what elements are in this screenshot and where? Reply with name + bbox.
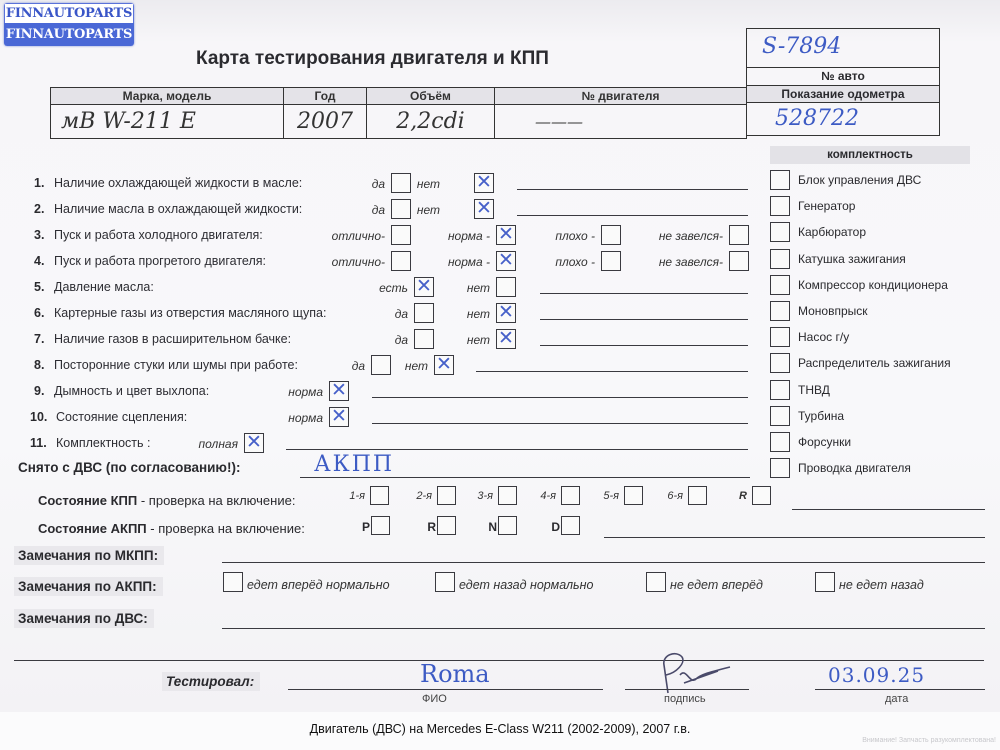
question-label: Картерные газы из отверстия масляного щу… [54,306,326,320]
odometer-value: 528722 [746,102,940,136]
option-label: полная [199,437,238,451]
gear-checkbox[interactable] [752,486,771,505]
completeness-checkbox[interactable] [770,406,790,426]
signature-line [625,689,749,690]
gear-checkbox[interactable] [371,516,390,535]
completeness-item-label: Блок управления ДВС [798,173,921,187]
comment-line[interactable] [540,345,748,346]
option-checkbox[interactable]: ✕ [329,381,349,401]
gear-label: 1-я [349,490,365,502]
option-checkbox[interactable]: ✕ [496,225,516,245]
completeness-checkbox[interactable] [770,432,790,452]
removed-value: АКПП [314,452,394,477]
gear-checkbox[interactable] [688,486,707,505]
question-number: 7. [34,332,44,346]
option-checkbox[interactable]: ✕ [329,407,349,427]
option-checkbox[interactable]: ✕ [496,303,516,323]
watermark: Внимание! Запчасть разукомплектована! [862,737,996,744]
gear-checkbox[interactable] [370,486,389,505]
completeness-checkbox[interactable] [770,380,790,400]
completeness-checkbox[interactable] [770,353,790,373]
test-date: 03.09.25 [828,663,925,687]
option-label: норма - [448,229,490,243]
option-checkbox[interactable] [371,355,391,375]
scanned-form: FINNAUTOPARTS FINNAUTOPARTS Карта тестир… [0,0,1000,712]
option-label: плохо - [555,229,595,243]
question-label: Комплектность : [56,436,150,450]
check-mark-icon: ✕ [475,196,493,220]
question-label: Наличие масла в охлаждающей жидкости: [54,202,302,216]
gear-label: P [362,520,370,534]
option-label: да [352,359,365,373]
remark-option-checkbox[interactable] [815,572,835,592]
remark-option-label: едет назад нормально [459,578,593,592]
check-mark-icon: ✕ [497,248,515,272]
tested-by-label: Тестировал: [162,672,260,691]
completeness-checkbox[interactable] [770,249,790,269]
option-label: норма [288,385,323,399]
question-number: 5. [34,280,44,294]
option-checkbox[interactable] [414,329,434,349]
option-label: не завелся- [659,255,723,269]
option-label: нет [417,177,440,191]
completeness-checkbox[interactable] [770,170,790,190]
auto-number-value: S-7894 [746,28,940,67]
option-checkbox[interactable]: ✕ [474,199,494,219]
question-label: Пуск и работа прогретого двигателя: [54,254,266,268]
question-number: 6. [34,306,44,320]
removed-label: Снято с ДВС (по согласованию!): [18,460,240,475]
completeness-checkbox[interactable] [770,275,790,295]
name-line [288,689,603,690]
option-label: плохо - [555,255,595,269]
remark-option-checkbox[interactable] [646,572,666,592]
signature-caption: подпись [664,693,706,705]
completeness-title: комплектность [770,146,970,164]
question-label: Наличие газов в расширительном бачке: [54,332,291,346]
completeness-item-label: Моновпрыск [798,304,868,318]
question-number: 8. [34,358,44,372]
completeness-checkbox[interactable] [770,196,790,216]
option-checkbox[interactable] [729,251,749,271]
gear-label: 2-я [416,490,432,502]
completeness-checkbox[interactable] [770,301,790,321]
question-label: Посторонние стуки или шумы при работе: [54,358,298,372]
comment-line[interactable] [372,397,748,398]
odometer-label: Показание одометра [746,85,940,102]
remark-option-label: не едет вперёд [670,578,763,592]
form-title: Карта тестирования двигателя и КПП [196,48,549,70]
auto-gearbox-label: Состояние АКПП - проверка на включение: [38,521,305,536]
option-checkbox[interactable] [391,225,411,245]
signature [640,645,750,700]
gear-checkbox[interactable] [437,486,456,505]
year-value: 2007 [284,105,367,139]
option-checkbox[interactable] [414,303,434,323]
check-mark-icon: ✕ [497,326,515,350]
question-number: 1. [34,176,44,190]
option-checkbox[interactable]: ✕ [414,277,434,297]
question-number: 11. [30,436,47,450]
comment-line[interactable] [286,449,748,450]
question-label: Состояние сцепления: [56,410,187,424]
option-checkbox[interactable]: ✕ [474,173,494,193]
remark-option-label: едет вперёд нормально [247,578,390,592]
finnautoparts-logo: FINNAUTOPARTS FINNAUTOPARTS [4,3,134,46]
option-label: да [395,333,408,347]
question-number: 3. [34,228,44,242]
completeness-item-label: Распределитель зажигания [798,356,951,370]
completeness-item-label: Генератор [798,199,855,213]
question-label: Дымность и цвет выхлопа: [54,384,209,398]
option-label: есть [379,281,408,295]
question-label: Пуск и работа холодного двигателя: [54,228,263,242]
question-number: 2. [34,202,44,216]
comment-line[interactable] [540,319,748,320]
name-caption: ФИО [422,693,447,705]
option-checkbox[interactable] [601,225,621,245]
check-mark-icon: ✕ [245,430,263,454]
option-checkbox[interactable] [391,173,411,193]
option-label: не завелся- [659,229,723,243]
check-mark-icon: ✕ [330,378,348,402]
option-checkbox[interactable] [601,251,621,271]
option-checkbox[interactable]: ✕ [496,329,516,349]
manual-gearbox-label-rest: - проверка на включение: [137,493,295,508]
option-checkbox[interactable] [391,199,411,219]
option-label: нет [417,203,440,217]
photo-caption: Двигатель (ДВС) на Mercedes E-Class W211… [0,722,1000,736]
completeness-item-label: Форсунки [798,435,851,449]
option-label: норма - [448,255,490,269]
col-engine-number: № двигателя [495,88,747,105]
logo-line-1: FINNAUTOPARTS [4,3,134,23]
col-volume: Объём [367,88,495,105]
check-mark-icon: ✕ [415,274,433,298]
comment-line[interactable] [372,423,748,424]
volume-value: 2,2cdi [367,105,495,139]
option-checkbox[interactable]: ✕ [244,433,264,453]
engine-number-value: ——— [495,105,747,139]
logo-line-2: FINNAUTOPARTS [4,23,134,46]
gear-label: 5-я [603,490,619,502]
gear-label: N [488,520,497,534]
comment-line[interactable] [517,189,748,190]
question-number: 9. [34,384,44,398]
option-checkbox[interactable] [729,225,749,245]
remarks-auto-label: Замечания по АКПП: [14,577,163,596]
auto-gearbox-line [604,537,985,538]
col-year: Год [284,88,367,105]
completeness-item-label: ТНВД [798,383,830,397]
gear-checkbox[interactable] [561,516,580,535]
manual-gearbox-line [792,509,985,510]
completeness-checkbox[interactable] [770,222,790,242]
option-label: отлично- [332,229,385,243]
completeness-checkbox[interactable] [770,458,790,478]
manual-gearbox-label: Состояние КПП - проверка на включение: [38,493,295,508]
vehicle-info-table: Марка, модель Год Объём № двигателя мВ W… [50,87,747,139]
removed-line [300,477,750,478]
gear-label: 6-я [667,490,683,502]
option-checkbox[interactable]: ✕ [434,355,454,375]
date-line [815,689,985,690]
auto-gearbox-label-rest: - проверка на включение: [147,521,305,536]
option-label: да [372,177,385,191]
check-mark-icon: ✕ [330,404,348,428]
check-mark-icon: ✕ [475,170,493,194]
remark-option-checkbox[interactable] [435,572,455,592]
option-checkbox[interactable]: ✕ [496,251,516,271]
option-label: отлично- [332,255,385,269]
manual-gearbox-label-bold: Состояние КПП [38,493,137,508]
option-label: норма [288,411,323,425]
comment-line[interactable] [540,293,748,294]
gear-checkbox[interactable] [498,486,517,505]
comment-line[interactable] [476,371,748,372]
question-number: 10. [30,410,47,424]
completeness-item-label: Катушка зажигания [798,252,906,266]
gear-checkbox[interactable] [437,516,456,535]
gear-checkbox[interactable] [498,516,517,535]
check-mark-icon: ✕ [497,222,515,246]
option-checkbox[interactable] [496,277,516,297]
completeness-item-label: Проводка двигателя [798,461,911,475]
remark-option-label: не едет назад [839,578,924,592]
option-label: да [372,203,385,217]
question-label: Наличие охлаждающей жидкости в масле: [54,176,302,190]
remarks-manual-label: Замечания по МКПП: [14,546,164,565]
gear-label: 4-я [540,490,556,502]
tester-name: Roma [420,660,490,688]
gear-label: 3-я [477,490,493,502]
completeness-item-label: Карбюратор [798,225,866,239]
check-mark-icon: ✕ [435,352,453,376]
completeness-checkbox[interactable] [770,327,790,347]
auto-gearbox-label-bold: Состояние АКПП [38,521,147,536]
option-label: нет [467,307,490,321]
remarks-manual-line[interactable] [222,562,985,563]
gear-checkbox[interactable] [561,486,580,505]
separator-line [14,660,984,661]
auto-number-box: S-7894 № авто Показание одометра 528722 [746,28,940,136]
gear-checkbox[interactable] [624,486,643,505]
option-checkbox[interactable] [391,251,411,271]
auto-number-label: № авто [746,67,940,85]
remarks-engine-line[interactable] [222,628,985,629]
remarks-engine-label: Замечания по ДВС: [14,609,154,628]
completeness-item-label: Насос г/у [798,330,849,344]
question-label: Давление масла: [54,280,154,294]
completeness-item-label: Компрессор кондиционера [798,278,948,292]
date-caption: дата [885,693,908,705]
gear-label: D [551,520,560,534]
check-mark-icon: ✕ [497,300,515,324]
option-label: нет [467,281,490,295]
gear-label: R [427,520,436,534]
make-model-value: мВ W-211 E [51,105,284,139]
gear-label: R [739,490,747,502]
option-label: да [395,307,408,321]
remark-option-checkbox[interactable] [223,572,243,592]
option-label: нет [405,359,428,373]
question-number: 4. [34,254,44,268]
option-label: нет [467,333,490,347]
comment-line[interactable] [517,215,748,216]
col-make-model: Марка, модель [51,88,284,105]
completeness-item-label: Турбина [798,409,844,423]
